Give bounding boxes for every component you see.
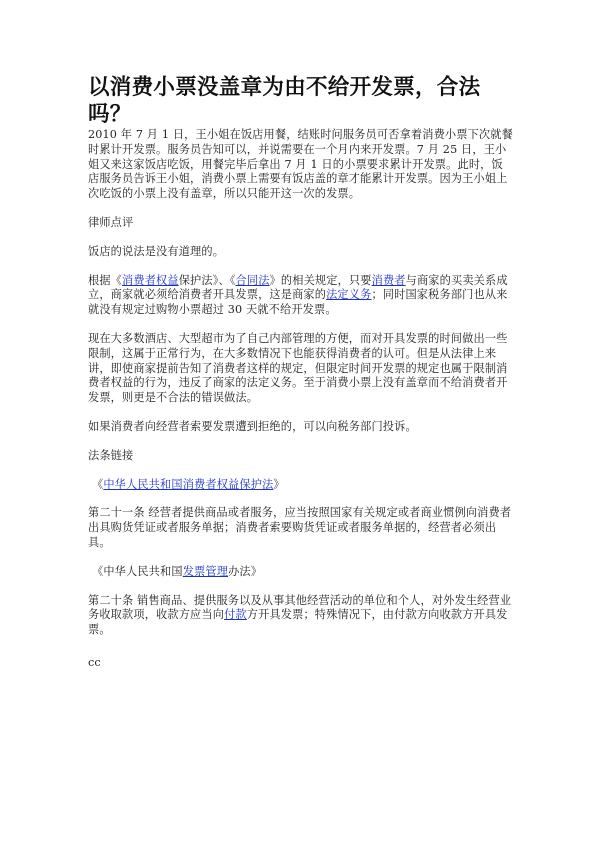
footer-text: cc bbox=[88, 656, 513, 671]
text-segment: 办法》 bbox=[228, 565, 262, 578]
story-paragraph: 2010 年 7 月 1 日，王小姐在饭店用餐，结账时问服务员可否拿着消费小票下… bbox=[88, 128, 513, 202]
text-segment: 《 bbox=[92, 478, 103, 491]
link-consumer-rights[interactable]: 消费者权益 bbox=[122, 274, 179, 287]
page-title: 以消费小票没盖章为由不给开发票，合法吗？ bbox=[88, 74, 513, 128]
law-links-heading: 法条链接 bbox=[88, 449, 513, 464]
complaint-paragraph: 如果消费者向经营者索要发票遭到拒绝的，可以向税务部门投诉。 bbox=[88, 420, 513, 435]
verdict-paragraph: 饭店的说法是没有道理的。 bbox=[88, 245, 513, 260]
text-segment: 》 bbox=[273, 478, 284, 491]
law-article-20: 第二十条 销售商品、提供服务以及从事其他经营活动的单位和个人，对外发生经营业务收… bbox=[88, 594, 513, 638]
link-contract-law[interactable]: 合同法 bbox=[236, 274, 270, 287]
analysis-paragraph-2: 现在大多数酒店、大型超市为了自己内部管理的方便，而对开具发票的时间做出一些限制，… bbox=[88, 332, 513, 406]
law-article-21: 第二十一条 经营者提供商品或者服务，应当按照国家有关规定或者商业惯例向消费者出具… bbox=[88, 506, 513, 550]
document-page: 以消费小票没盖章为由不给开发票，合法吗？ 2010 年 7 月 1 日，王小姐在… bbox=[88, 74, 513, 671]
text-segment: 》的相关规定，只要 bbox=[270, 274, 372, 287]
text-segment: 《中华人民共和国 bbox=[92, 565, 183, 578]
link-consumer-protection-law[interactable]: 中华人民共和国消费者权益保护法 bbox=[103, 478, 273, 491]
text-segment: 根据《 bbox=[88, 274, 122, 287]
link-legal-obligation[interactable]: 法定义务 bbox=[326, 288, 371, 301]
law-title-invoice-management: 《中华人民共和国发票管理办法》 bbox=[88, 565, 513, 580]
lawyer-comment-heading: 律师点评 bbox=[88, 216, 513, 231]
law-title-consumer-protection: 《中华人民共和国消费者权益保护法》 bbox=[88, 478, 513, 493]
analysis-paragraph-1: 根据《消费者权益保护法》、《合同法》的相关规定，只要消费者与商家的买卖关系成立，… bbox=[88, 274, 513, 318]
text-segment: 保护法》、《 bbox=[179, 274, 236, 287]
link-consumer[interactable]: 消费者 bbox=[372, 274, 406, 287]
link-invoice-management[interactable]: 发票管理 bbox=[183, 565, 228, 578]
link-payment[interactable]: 付款 bbox=[224, 608, 247, 621]
